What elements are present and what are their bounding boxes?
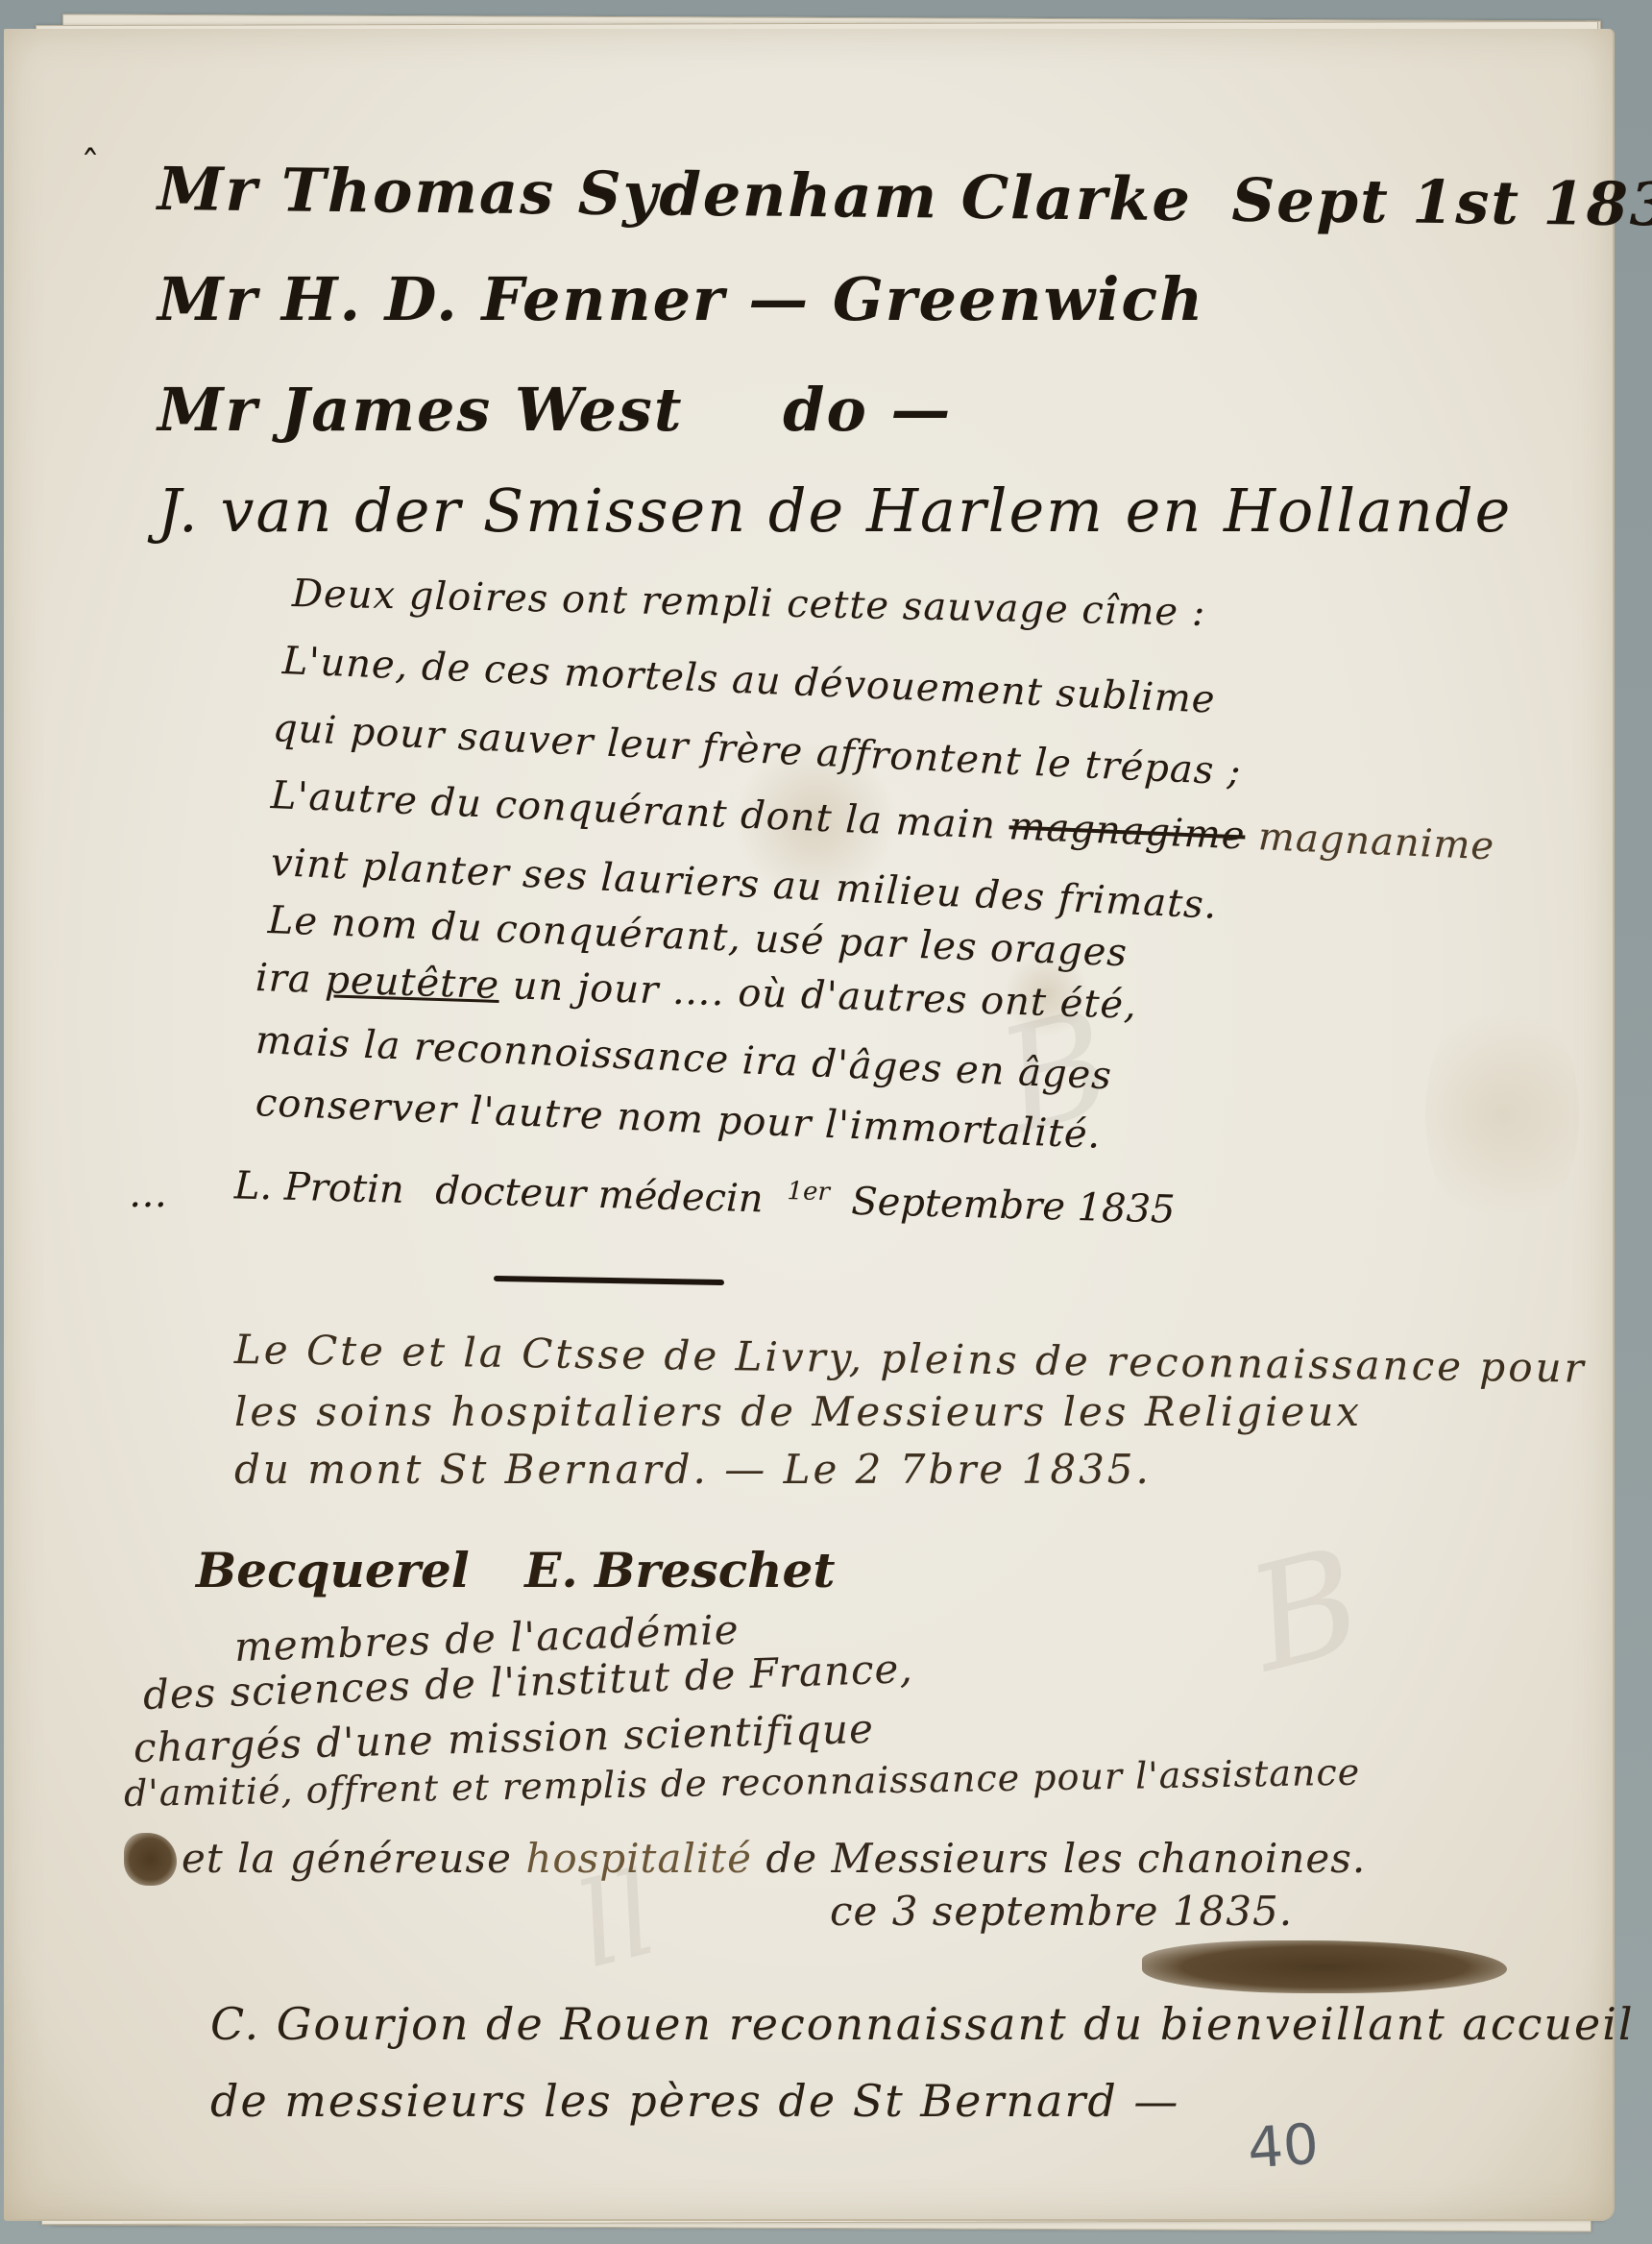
livry-line-3: du mont St Bernard. — Le 2 7bre 1835. <box>234 1446 1152 1493</box>
gourjon-line-1: C. Gourjon de Rouen reconnaissant du bie… <box>210 1998 1635 2050</box>
gourjon-line-2: de messieurs les pères de St Bernard — <box>210 2075 1179 2127</box>
poem-line-1: Deux gloires ont rempli cette sauvage cî… <box>292 572 1206 635</box>
entry-text: les soins hospitaliers de Messieurs les … <box>234 1388 1362 1435</box>
hospitalite-word: hospitalité <box>525 1835 752 1882</box>
entry-text: ce 3 septembre 1835. <box>830 1888 1293 1935</box>
ink-blot-flourish <box>1142 1940 1507 1993</box>
manuscript-page: B B ll ˆ Mr Thomas Sydenham Clarke Sept … <box>4 29 1615 2221</box>
entry-text: de messieurs les pères de St Bernard — <box>210 2075 1179 2127</box>
entry-smissen: J. van der Smissen de Harlem en Hollande <box>158 476 1512 546</box>
entry-text: et la généreuse <box>182 1835 512 1882</box>
poem-line-2: L'une, de ces mortels au dévouement subl… <box>281 639 1216 722</box>
entry-fenner: Mr H. D. Fenner — Greenwich <box>158 264 1204 334</box>
entry-text: C. Gourjon de Rouen reconnaissant du bie… <box>210 1998 1635 2050</box>
separator-rule <box>494 1276 724 1285</box>
entry-text: Le Cte et la Ctsse de Livry, pleins de r… <box>234 1326 1587 1392</box>
fenner-name: Mr H. D. Fenner — Greenwich <box>158 264 1204 334</box>
margin-mark: … <box>129 1172 167 1216</box>
signature-date: Septembre 1835 <box>851 1180 1176 1232</box>
foxing-stain <box>1425 989 1579 1239</box>
bleed-through-text: B <box>1234 1517 1377 1704</box>
signature-name: L. Protin <box>233 1163 404 1212</box>
caret-mark: ˆ <box>81 144 100 188</box>
signature-title: docteur médecin <box>435 1169 764 1222</box>
page-number: 40 <box>1246 2111 1321 2182</box>
ink-blot <box>124 1833 177 1886</box>
becquerel-date: ce 3 septembre 1835. <box>830 1888 1293 1935</box>
clarke-name: Mr Thomas Sydenham Clarke <box>158 154 1193 234</box>
west-ditto: do — <box>783 375 952 445</box>
becquerel-signatures: Becquerel E. Breschet <box>196 1542 835 1598</box>
clarke-date: Sept 1st 1835 <box>1231 165 1652 240</box>
poem-text: L'une, de ces mortels au dévouement subl… <box>281 639 1216 722</box>
west-name: Mr James West <box>158 375 684 445</box>
entry-clarke: Mr Thomas Sydenham Clarke Sept 1st 1835 <box>158 154 1652 240</box>
correction-word: magnanime <box>1257 815 1495 868</box>
entry-text: de Messieurs les chanoines. <box>765 1835 1366 1882</box>
smissen-name: J. van der Smissen de Harlem en Hollande <box>158 476 1512 546</box>
struck-word: magnagime <box>1008 804 1247 858</box>
protin-signature: L. Protin docteur médecin 1er Septembre … <box>233 1162 1176 1232</box>
entry-text: du mont St Bernard. — Le 2 7bre 1835. <box>234 1446 1152 1493</box>
livry-line-2: les soins hospitaliers de Messieurs les … <box>234 1388 1362 1435</box>
signature-breschet: E. Breschet <box>524 1542 835 1598</box>
poem-text: ira <box>255 956 312 1002</box>
date-ordinal: 1er <box>787 1177 830 1207</box>
underlined-word: peutêtre <box>325 958 500 1008</box>
poem-text: Deux gloires ont rempli cette sauvage cî… <box>292 572 1206 635</box>
becquerel-line-5: et la généreuse hospitalité de Messieurs… <box>182 1835 1366 1882</box>
entry-west: Mr James West do — <box>158 375 952 445</box>
signature-becquerel: Becquerel <box>196 1542 470 1598</box>
livry-line-1: Le Cte et la Ctsse de Livry, pleins de r… <box>234 1326 1587 1392</box>
